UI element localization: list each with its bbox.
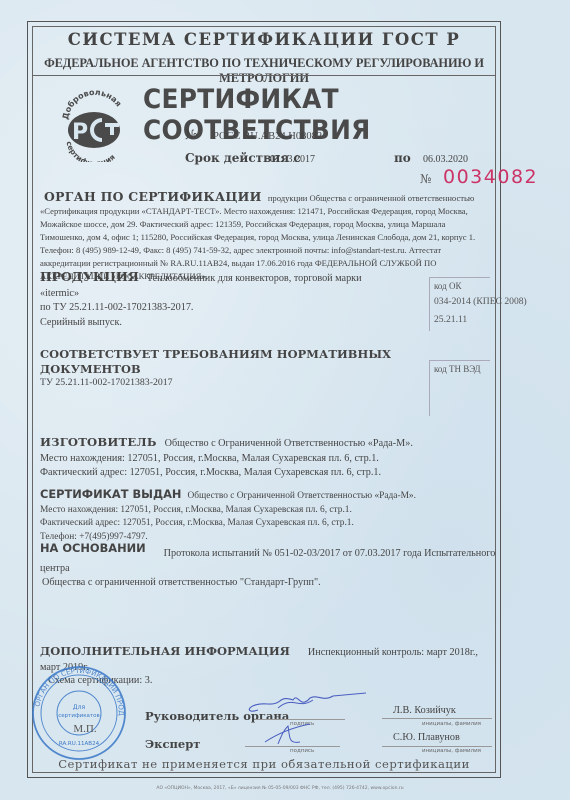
certificate-number: РОСС RU.AB24.H08082	[213, 131, 322, 142]
expert-name-caption: инициалы, фамилия	[422, 748, 481, 754]
product-section: ПРОДУКЦИЯТеплообменник для конвекторов, …	[40, 270, 385, 330]
conforms-document: ТУ 25.21.11-002-17021383-2017	[40, 376, 420, 391]
head-name-caption: инициалы, фамилия	[422, 721, 481, 727]
valid-from: 07.03.2017	[270, 154, 315, 165]
expert-label: Эксперт	[145, 737, 200, 751]
svg-text:сертификатов: сертификатов	[58, 713, 99, 719]
ok-code-label: код ОК	[434, 281, 490, 291]
manufacturer-actual-address: Фактический адрес: 127051, Россия, г.Мос…	[40, 466, 440, 481]
ok-code-box: код ОК 034-2014 (КПЕС 2008) 25.21.11	[429, 277, 490, 331]
product-heading: ПРОДУКЦИЯ	[40, 269, 139, 284]
manufacturer-section: ИЗГОТОВИТЕЛЬОбщество с Ограниченной Отве…	[40, 435, 440, 481]
certificate-number-label: №	[185, 128, 197, 143]
ok-classifier: 034-2014 (КПЕС 2008)	[434, 296, 490, 307]
issued-to-actual-address: Фактический адрес: 127051, Россия, г.Мос…	[40, 517, 440, 531]
document-title: СЕРТИФИКАТ СООТВЕТСТВИЯ	[143, 84, 536, 146]
issued-to-location: Место нахождения: 127051, Россия, г.Моск…	[40, 504, 440, 518]
conforms-heading: СООТВЕТСТВУЕТ ТРЕБОВАНИЯМ НОРМАТИВНЫХ ДО…	[40, 347, 420, 376]
expert-signature-icon	[260, 722, 320, 748]
manufacturer-name: Общество с Ограниченной Ответственностью…	[165, 438, 413, 449]
official-stamp-icon: ОРГАН ПО СЕРТИФИКАЦИИ ПРОДУКЦИИ Для серт…	[27, 655, 127, 765]
serial-number: 0034082	[443, 166, 538, 188]
svg-text:Для: Для	[73, 704, 86, 711]
conforms-section: СООТВЕТСТВУЕТ ТРЕБОВАНИЯМ НОРМАТИВНЫХ ДО…	[40, 347, 420, 391]
manufacturer-location: Место нахождения: 127051, Россия, г.Моск…	[40, 452, 440, 467]
issued-to-name: Общество с Ограниченной Ответственностью…	[187, 491, 416, 501]
tnved-code-box: код ТН ВЭД	[429, 360, 490, 416]
basis-heading: НА ОСНОВАНИИ	[40, 541, 146, 555]
svg-text:Р: Р	[72, 120, 88, 145]
agency-title: ФЕДЕРАЛЬНОЕ АГЕНТСТВО ПО ТЕХНИЧЕСКОМУ РЕ…	[32, 56, 496, 86]
product-release: Серийный выпуск.	[40, 316, 385, 331]
footer-note: Сертификат не применяется при обязательн…	[32, 757, 496, 771]
header-divider	[32, 75, 496, 76]
basis-lab: Общества с ограниченной ответственностью…	[40, 576, 500, 591]
certification-body-heading: ОРГАН ПО СЕРТИФИКАЦИИ	[44, 189, 262, 204]
valid-to: 06.03.2020	[423, 154, 468, 165]
system-title: СИСТЕМА СЕРТИФИКАЦИИ ГОСТ Р	[32, 30, 496, 49]
issued-to-heading: СЕРТИФИКАТ ВЫДАН	[40, 487, 181, 501]
valid-to-label: по	[394, 151, 411, 165]
manufacturer-heading: ИЗГОТОВИТЕЛЬ	[40, 435, 157, 449]
expert-name-line	[382, 746, 492, 747]
serial-number-label: №	[420, 172, 431, 186]
expert-signature-caption: подпись	[290, 748, 314, 754]
basis-section: НА ОСНОВАНИИПротокола испытаний № 051-02…	[40, 541, 500, 591]
certification-body-text: продукции Общества с ограниченной ответс…	[40, 193, 475, 281]
head-name-line	[382, 718, 492, 719]
svg-text:М.П.: М.П.	[73, 723, 96, 735]
head-name: Л.В. Козийчук	[393, 705, 456, 716]
issued-to-section: СЕРТИФИКАТ ВЫДАНОбщество с Ограниченной …	[40, 488, 440, 544]
printer-info: АО «ОПЦИОН», Москва, 2017, «Б» лицензия …	[130, 786, 430, 791]
ok-code-value: 25.21.11	[434, 314, 490, 325]
head-signature-icon	[238, 690, 368, 720]
rst-logo-icon: Добровольная Р сертификация	[58, 90, 130, 162]
product-spec: по ТУ 25.21.11-002-17021383-2017.	[40, 301, 385, 316]
tnved-code-label: код ТН ВЭД	[434, 364, 490, 374]
svg-text:RA.RU.11AB24: RA.RU.11AB24	[59, 741, 100, 747]
expert-name: С.Ю. Плавунов	[393, 732, 460, 743]
